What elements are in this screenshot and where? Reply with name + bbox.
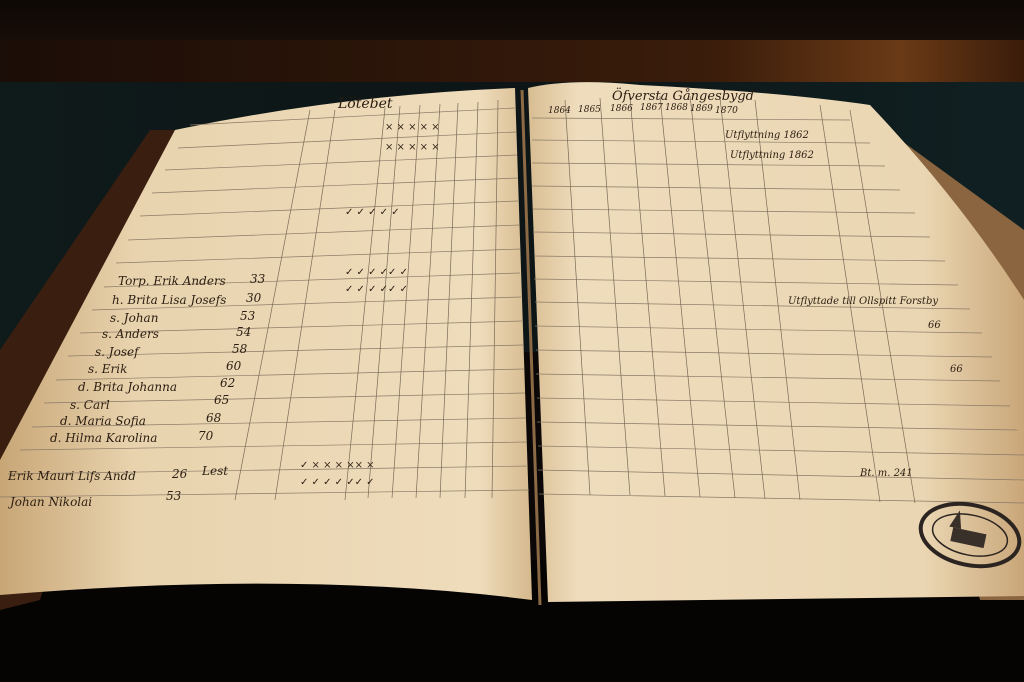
entry-year: 33 xyxy=(250,272,266,286)
svg-text:× × × × ×: × × × × × xyxy=(385,142,440,153)
svg-text:✓ ✓ ✓ ✓ ✓: ✓ ✓ ✓ ✓ ✓ xyxy=(345,207,400,218)
svg-text:Lest: Lest xyxy=(201,464,228,478)
left-page xyxy=(0,88,532,600)
svg-text:1864: 1864 xyxy=(548,106,571,116)
left-page-heading: Lötebet xyxy=(337,96,393,112)
svg-text:70: 70 xyxy=(198,429,214,443)
svg-text:✓ × × × ×× ×: ✓ × × × ×× × xyxy=(300,460,375,471)
svg-text:65: 65 xyxy=(214,393,229,407)
right-page-heading: Öfversta Gångesbygd xyxy=(612,87,754,104)
open-book: Lötebet Öfversta Gångesbygd 1864 1865 18… xyxy=(0,0,1024,682)
svg-text:30: 30 xyxy=(246,291,262,305)
svg-text:60: 60 xyxy=(226,359,242,373)
photo-scene: Lötebet Öfversta Gångesbygd 1864 1865 18… xyxy=(0,0,1024,682)
svg-text:✓ ✓ ✓ ✓✓ ✓: ✓ ✓ ✓ ✓✓ ✓ xyxy=(345,284,408,295)
svg-text:66: 66 xyxy=(928,320,941,331)
svg-text:s. Anders: s. Anders xyxy=(102,327,159,341)
svg-text:1866: 1866 xyxy=(610,104,633,114)
svg-text:1865: 1865 xyxy=(578,105,601,115)
svg-text:1867: 1867 xyxy=(640,103,663,113)
svg-text:Johan Nikolai: Johan Nikolai xyxy=(7,495,92,509)
svg-text:× × × × ×: × × × × × xyxy=(385,122,440,133)
svg-text:Utflyttning 1862: Utflyttning 1862 xyxy=(725,130,809,141)
svg-text:s. Johan: s. Johan xyxy=(110,311,158,325)
svg-text:1870: 1870 xyxy=(715,106,738,116)
svg-text:1868: 1868 xyxy=(665,103,688,113)
svg-text:66: 66 xyxy=(950,364,963,375)
svg-text:d. Hilma Karolina: d. Hilma Karolina xyxy=(50,431,157,445)
svg-text:d. Brita Johanna: d. Brita Johanna xyxy=(78,380,177,394)
svg-text:Utflyttning 1862: Utflyttning 1862 xyxy=(730,150,814,161)
svg-text:✓ ✓ ✓ ✓✓ ✓: ✓ ✓ ✓ ✓✓ ✓ xyxy=(345,267,408,278)
svg-text:53: 53 xyxy=(166,489,182,503)
svg-text:68: 68 xyxy=(206,411,222,425)
entry-name: Torp. Erik Anders xyxy=(118,274,226,288)
svg-text:Bt. m. 241: Bt. m. 241 xyxy=(859,468,913,479)
svg-text:Erik Mauri Lifs Andd: Erik Mauri Lifs Andd xyxy=(7,469,136,483)
svg-text:d. Maria Sofia: d. Maria Sofia xyxy=(60,414,146,428)
svg-text:58: 58 xyxy=(232,342,248,356)
svg-text:s. Josef: s. Josef xyxy=(95,345,141,359)
svg-text:✓ ✓ ✓ ✓ ✓✓ ✓: ✓ ✓ ✓ ✓ ✓✓ ✓ xyxy=(300,477,375,488)
svg-text:1869: 1869 xyxy=(690,104,713,114)
svg-text:62: 62 xyxy=(220,376,235,390)
svg-text:53: 53 xyxy=(240,309,256,323)
svg-text:s. Carl: s. Carl xyxy=(70,398,110,412)
svg-text:h. Brita Lisa Josefs: h. Brita Lisa Josefs xyxy=(112,293,226,307)
svg-text:54: 54 xyxy=(236,325,251,339)
svg-text:Utflyttade till Ollspitt Forst: Utflyttade till Ollspitt Forstby xyxy=(788,296,938,307)
svg-text:26: 26 xyxy=(171,467,188,481)
svg-text:s. Erik: s. Erik xyxy=(88,362,127,376)
